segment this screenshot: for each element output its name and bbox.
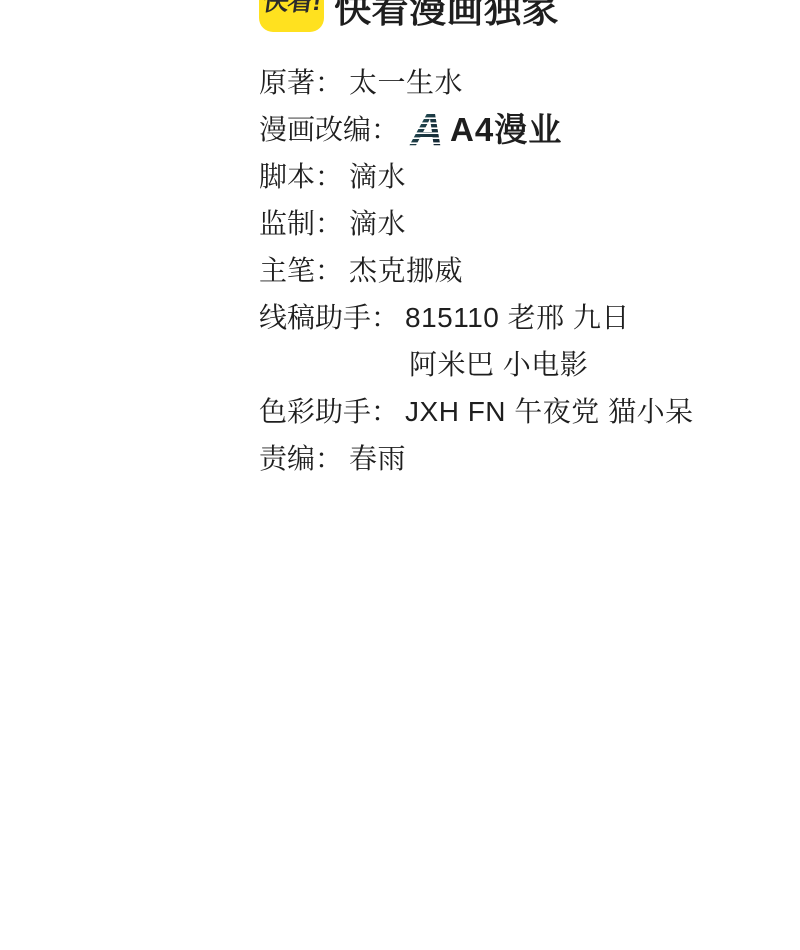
credit-row: 阿米巴 小电影 [259, 339, 694, 386]
kuaikan-app-logo-icon: 快看! [259, 0, 324, 32]
credit-value: 滴水 [349, 155, 406, 195]
credit-value: 春雨 [349, 437, 406, 477]
credit-value: 滴水 [349, 202, 406, 242]
credit-row: 责编： 春雨 [259, 433, 694, 480]
credit-label: 责编： [259, 437, 343, 477]
credit-row: 脚本： 滴水 [259, 151, 694, 198]
credit-label: 监制： [259, 202, 343, 242]
credits-list: 原著： 太一生水 漫画改编： [259, 57, 694, 480]
svg-text:A: A [409, 109, 443, 149]
credit-label: 色彩助手： [259, 390, 399, 430]
credit-value: 杰克挪威 [349, 249, 463, 289]
credit-label: 原著： [259, 61, 343, 101]
credit-row: 主笔： 杰克挪威 [259, 245, 694, 292]
credit-label: 漫画改编： [259, 108, 399, 148]
comic-credits-page: 快看! 快看漫画独家 原著： 太一生水 漫画改编： [0, 0, 800, 950]
credit-label: 线稿助手： [259, 296, 399, 336]
credit-row: 原著： 太一生水 [259, 57, 694, 104]
credit-row: 线稿助手： 815110 老邢 九日 [259, 292, 694, 339]
credit-row: 色彩助手： JXH FN 午夜党 猫小呆 [259, 386, 694, 433]
credit-value: JXH FN 午夜党 猫小呆 [405, 390, 694, 430]
credit-value: 太一生水 [349, 61, 463, 101]
a4-studio-logo-icon: A [405, 109, 445, 149]
page-title: 快看漫画独家 [334, 0, 559, 33]
credit-value: 阿米巴 小电影 [409, 343, 588, 383]
credit-row: 漫画改编： [259, 104, 694, 151]
credit-value: 815110 老邢 九日 [405, 296, 630, 336]
credit-label: 主笔： [259, 249, 343, 289]
credit-value: A4漫业 [450, 104, 562, 151]
kuaikan-logo-text: 快看! [260, 0, 323, 18]
credit-row: 监制： 滴水 [259, 198, 694, 245]
credit-label: 脚本： [259, 155, 343, 195]
